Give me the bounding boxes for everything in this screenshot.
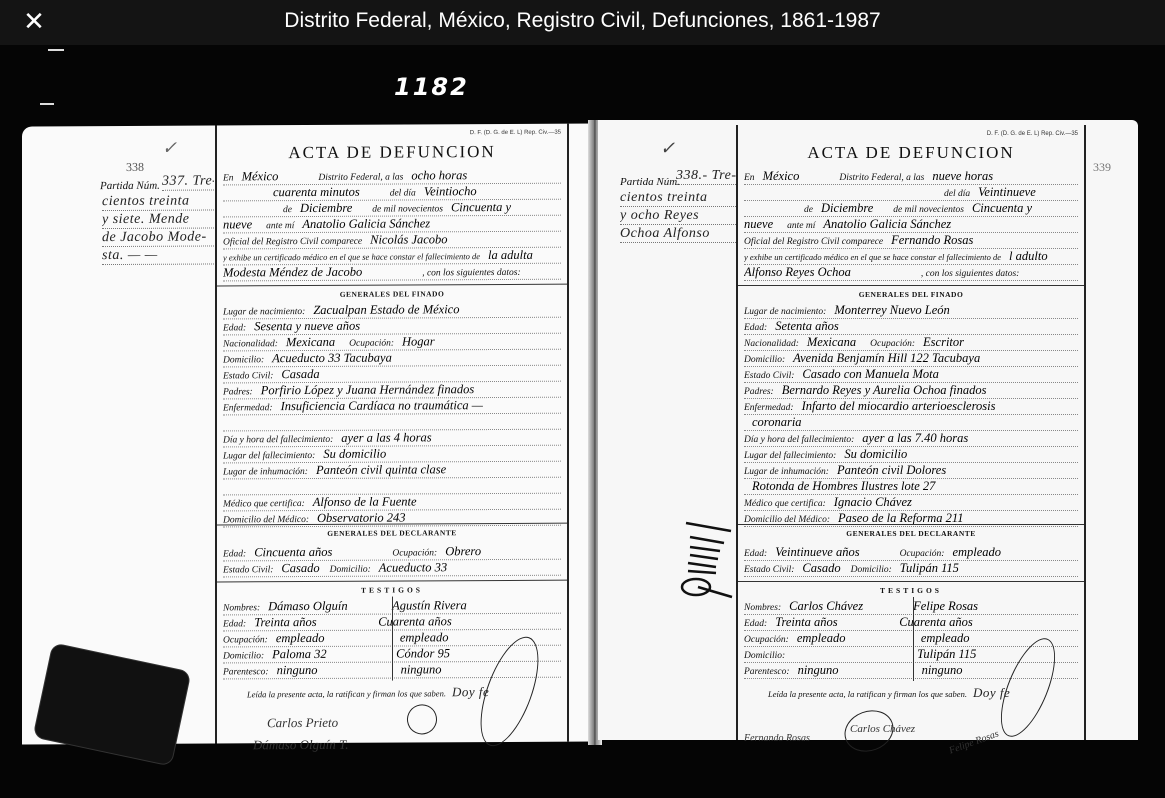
witness-1-value: Treinta años (254, 615, 364, 631)
field-label: Domicilio: (223, 355, 264, 365)
witness-1-value: empleado (276, 631, 386, 647)
stub-line: de Jacobo Mode- (102, 229, 214, 247)
witness-2-value: Tulipán 115 (917, 647, 976, 661)
field-label: Enfermedad: (223, 403, 273, 413)
field-label: Ocupación: (744, 635, 789, 645)
testigo-field: Ocupación:empleadoempleado (744, 631, 1078, 647)
stub-line: cientos treinta (102, 193, 214, 211)
stub-line: cientos treinta (620, 190, 736, 207)
record-page-right: ✓ Partida Núm. 338.- Tre- cientos treint… (598, 120, 1138, 740)
field-label: Enfermedad: (744, 403, 794, 413)
field-value: Su domicilio (323, 447, 386, 461)
field-value: ayer a las 4 horas (341, 430, 431, 444)
field-value: Hogar (402, 334, 435, 348)
witness-1-value: Carlos Chávez (789, 599, 899, 614)
intro-row: EnMéxicoDistrito Federal, a lasocho hora… (223, 168, 561, 186)
film-scratch (40, 103, 54, 105)
field-label: Ocupación: (870, 339, 915, 349)
field-label: Domicilio: (223, 651, 264, 661)
field-label: Edad: (223, 619, 246, 629)
field-label: Padres: (223, 387, 253, 397)
field-label: Edad: (744, 619, 767, 629)
finado-field: Enfermedad:Infarto del miocardio arterio… (744, 399, 1078, 415)
field-value: coronaria (752, 415, 802, 429)
finado-field: Nacionalidad:MexicanaOcupación:Hogar (223, 334, 561, 352)
death-certificate-form: D. F. (D. G. de E. L) Rep. Civ.—35 ACTA … (736, 125, 1086, 740)
field-value: Sesenta y nueve años (254, 319, 360, 334)
field-value: Insuficiencia Cardíaca no traumática — (281, 398, 483, 413)
stub-line: Ochoa Alfonso (620, 226, 736, 243)
intro-row: deDiciembrede mil novecientosCincuenta y (744, 201, 1078, 217)
finado-field: coronaria (744, 415, 1078, 431)
field-value: Su domicilio (844, 447, 907, 461)
stub-line: sta. — — (102, 247, 214, 265)
testigo-field: Nombres:Carlos ChávezFelipe Rosas (744, 599, 1078, 615)
finado-field: Médico que certifica:Alfonso de la Fuent… (223, 494, 561, 512)
witness-2-value: Cuarenta años (378, 614, 452, 628)
field-value: Escritor (923, 335, 964, 349)
field-label: Día y hora del fallecimiento: (223, 435, 333, 446)
field-label: Día y hora del fallecimiento: (744, 435, 854, 445)
finado-field: Nacionalidad:MexicanaOcupación:Escritor (744, 335, 1078, 351)
witness-2-value: ninguno (922, 663, 963, 677)
witness-1-value: ninguno (798, 663, 908, 678)
finado-field: Edad:Setenta años (744, 319, 1078, 335)
finado-field: Lugar de inhumación:Panteón civil quinta… (223, 462, 561, 480)
viewer-header: ✕ Distrito Federal, México, Registro Civ… (0, 0, 1165, 45)
witness-2-value: empleado (400, 630, 449, 644)
intro-row: Oficial del Registro Civil compareceFern… (744, 233, 1078, 249)
field-value: Infarto del miocardio arterioesclerosis (802, 399, 996, 413)
film-frame-number: 1182 (394, 73, 469, 101)
partida-label: Partida Núm. (620, 176, 680, 188)
finado-field (223, 414, 561, 432)
field-label: Estado Civil: (223, 371, 273, 381)
field-label: Estado Civil: (744, 371, 794, 381)
section-declarante: GENERALES DEL DECLARANTE (738, 524, 1084, 540)
field-label: Lugar de nacimiento: (744, 307, 826, 317)
field-label: Domicilio: (744, 355, 785, 365)
field-value: Casada (281, 367, 319, 381)
form-title: ACTA DE DEFUNCION (738, 143, 1084, 163)
check-mark: ✓ (660, 138, 676, 159)
stub-line: y siete. Mende (102, 211, 214, 229)
stub-line: 337. Tre- (162, 173, 214, 190)
field-label: Edad: (223, 323, 246, 333)
field-value: Setenta años (775, 319, 839, 333)
form-code: D. F. (D. G. de E. L) Rep. Civ.—35 (987, 131, 1078, 137)
stub-number: 339 (1093, 160, 1111, 175)
witness-2-value: empleado (921, 631, 970, 645)
field-value: Rotonda de Hombres Ilustres lote 27 (752, 479, 935, 493)
field-label: Lugar del fallecimiento: (223, 451, 315, 461)
finado-field: Estado Civil:Casada (223, 366, 561, 384)
signature-scribble (403, 700, 441, 739)
intro-row: Alfonso Reyes Ochoa, con los siguientes … (744, 265, 1078, 281)
finado-field: Edad:Sesenta y nueve años (223, 318, 561, 336)
field-value: Porfirio López y Juana Hernández finados (261, 382, 475, 397)
field-label: Parentesco: (223, 667, 269, 677)
intro-row: nueveante míAnatolio Galicia Sánchez (223, 216, 561, 234)
registry-stamp (676, 513, 736, 603)
signature: Carlos Chávez (850, 723, 915, 735)
signature: Carlos Prieto (267, 715, 338, 731)
field-value: Monterrey Nuevo León (834, 303, 949, 317)
finado-field: Día y hora del fallecimiento:ayer a las … (744, 431, 1078, 447)
field-label: Padres: (744, 387, 774, 397)
film-scratch (48, 49, 64, 51)
field-value: Acueducto 33 Tacubaya (272, 351, 392, 366)
field-label: Lugar del fallecimiento: (744, 451, 836, 461)
field-value: Mexicana (286, 335, 335, 349)
declarante-row: Edad:Cincuenta añosOcupación:Obrero (223, 544, 561, 562)
finado-field: Lugar del fallecimiento:Su domicilio (223, 446, 561, 464)
stub-line: 338.- Tre- (676, 168, 736, 185)
field-value: Paseo de la Reforma 211 (838, 511, 963, 525)
finado-field: Domicilio:Acueducto 33 Tacubaya (223, 350, 561, 368)
field-label: Nacionalidad: (223, 339, 278, 349)
record-page-left: ✓ 338 Partida Núm. 337. Tre- cientos tre… (22, 123, 595, 744)
death-certificate-form: D. F. (D. G. de E. L) Rep. Civ.—35 ACTA … (215, 124, 569, 744)
declarante-row: Estado Civil:CasadoDomicilio:Acueducto 3… (223, 560, 561, 578)
section-testigos: TESTIGOS (217, 580, 567, 598)
intro-row: del díaVeintinueve (744, 185, 1078, 201)
witness-2-value: Cóndor 95 (396, 646, 450, 660)
form-title: ACTA DE DEFUNCION (217, 142, 567, 164)
witness-2-value: Agustín Rivera (392, 598, 467, 612)
finado-field: Padres:Porfirio López y Juana Hernández … (223, 382, 561, 400)
finado-field: Rotonda de Hombres Ilustres lote 27 (744, 479, 1078, 495)
field-value: Zacualpan Estado de México (313, 302, 459, 317)
intro-row: y exhibe un certificado médico en el que… (223, 248, 561, 266)
intro-row: EnMéxicoDistrito Federal, a lasnueve hor… (744, 169, 1078, 185)
field-label: Edad: (744, 323, 767, 333)
field-label: Parentesco: (744, 667, 790, 677)
testigo-field: Edad:Treinta añosCuarenta años (744, 615, 1078, 631)
intro-row: Oficial del Registro Civil compareceNico… (223, 232, 561, 250)
field-label: Nombres: (223, 603, 260, 613)
finado-fields: Lugar de nacimiento:Zacualpan Estado de … (217, 124, 567, 126)
field-label: Ocupación: (349, 339, 394, 349)
witness-1-value: Dámaso Olguín (268, 599, 378, 615)
witness-1-value: ninguno (277, 663, 387, 679)
check-mark: ✓ (162, 138, 178, 159)
field-label: Lugar de inhumación: (223, 467, 308, 477)
witness-divider (392, 597, 393, 681)
field-value: Casado con Manuela Mota (802, 367, 938, 381)
witness-2-value: Cuarenta años (899, 615, 973, 629)
testigos-fields: Nombres:Dámaso OlguínAgustín RiveraEdad:… (217, 124, 567, 126)
finado-field: Domicilio:Avenida Benjamín Hill 122 Tacu… (744, 351, 1078, 367)
partida-label: Partida Núm. (100, 180, 160, 192)
finado-field: Enfermedad:Insuficiencia Cardíaca no tra… (223, 398, 561, 416)
declarante-row: Edad:Veintinueve añosOcupación:empleado (744, 545, 1078, 561)
witness-1-value: empleado (797, 631, 907, 646)
stub-right: ✓ Partida Núm. 338.- Tre- cientos treint… (598, 120, 736, 740)
witness-divider (913, 597, 914, 681)
image-viewer[interactable]: 1182 ✓ 338 Partida Núm. 337. Tre- ciento… (0, 45, 1165, 798)
field-value: Panteón civil quinta clase (316, 462, 446, 477)
field-label: Médico que certifica: (223, 499, 305, 509)
field-value: Panteón civil Dolores (837, 463, 946, 477)
intro-row: deDiciembrede mil novecientosCincuenta y (223, 200, 561, 218)
field-label: Nombres: (744, 603, 781, 613)
declarante-row: Estado Civil:CasadoDomicilio:Tulipán 115 (744, 561, 1078, 577)
signature: Felipe Rosas (948, 728, 1001, 756)
field-label: Nacionalidad: (744, 339, 799, 349)
field-value: Alfonso de la Fuente (313, 494, 417, 509)
witness-2-value: ninguno (401, 662, 442, 676)
finado-field: Día y hora del fallecimiento:ayer a las … (223, 430, 561, 448)
field-value: Ignacio Chávez (834, 495, 912, 509)
section-finado: GENERALES DEL FINADO (217, 284, 567, 302)
form-code: D. F. (D. G. de E. L) Rep. Civ.—35 (470, 130, 561, 136)
stub-number: 338 (126, 160, 144, 175)
finado-field: Estado Civil:Casado con Manuela Mota (744, 367, 1078, 383)
section-declarante: GENERALES DEL DECLARANTE (217, 523, 567, 541)
finado-field: Médico que certifica:Ignacio Chávez (744, 495, 1078, 511)
finado-field: Lugar de nacimiento:Zacualpan Estado de … (223, 302, 561, 320)
witness-2-value: Felipe Rosas (913, 599, 978, 613)
signature: Dámaso Olguín T. (253, 737, 348, 753)
field-value: Bernardo Reyes y Aurelia Ochoa finados (782, 383, 987, 397)
field-label: Médico que certifica: (744, 499, 826, 509)
finado-field (223, 478, 561, 496)
witness-1-value: Paloma 32 (272, 647, 382, 663)
field-value: ayer a las 7.40 horas (862, 431, 968, 445)
intro-row: Modesta Méndez de Jacobo, con los siguie… (223, 264, 561, 282)
field-label: Lugar de nacimiento: (223, 307, 305, 317)
intro-row: nueveante míAnatolio Galicia Sánchez (744, 217, 1078, 233)
finado-field: Lugar de nacimiento:Monterrey Nuevo León (744, 303, 1078, 319)
field-label: Domicilio: (744, 651, 785, 661)
collection-title: Distrito Federal, México, Registro Civil… (0, 0, 1165, 45)
intro-row: cuarenta minutosdel díaVeintiocho (223, 184, 561, 202)
finado-field: Padres:Bernardo Reyes y Aurelia Ochoa fi… (744, 383, 1078, 399)
section-finado: GENERALES DEL FINADO (738, 285, 1084, 301)
witness-1-value: Treinta años (775, 615, 885, 630)
field-value: Mexicana (807, 335, 856, 349)
stub-line: y ocho Reyes (620, 208, 736, 225)
field-label: Ocupación: (223, 635, 268, 645)
signature: Fernando Rosas (744, 733, 810, 744)
intro-row: y exhibe un certificado médico en el que… (744, 249, 1078, 265)
finado-field: Lugar del fallecimiento:Su domicilio (744, 447, 1078, 463)
finado-field: Lugar de inhumación:Panteón civil Dolore… (744, 463, 1078, 479)
field-value: Avenida Benjamín Hill 122 Tacubaya (793, 351, 980, 365)
section-testigos: TESTIGOS (738, 581, 1084, 597)
field-label: Lugar de inhumación: (744, 467, 829, 477)
